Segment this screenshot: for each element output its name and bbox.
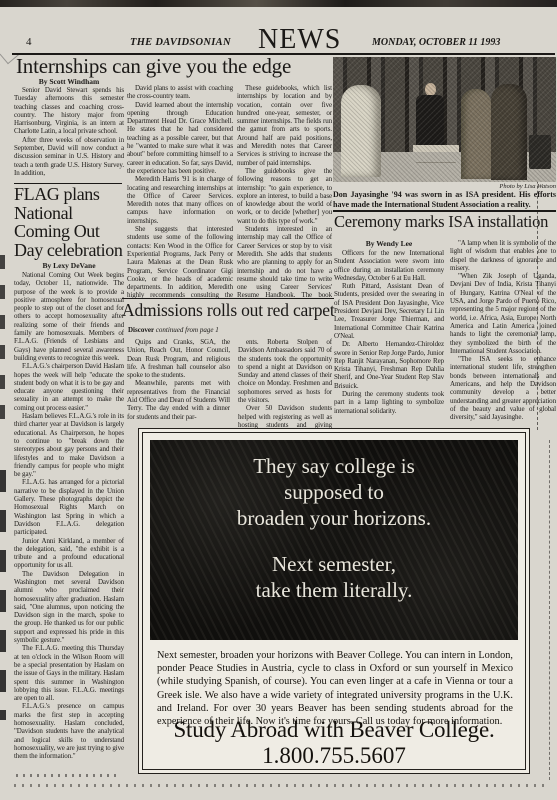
paragraph: During the ceremony students took part i… [334, 390, 444, 415]
ceremony-headline: Ceremony marks ISA installation [334, 212, 548, 232]
paragraph: After three weeks of observation in Sept… [14, 136, 124, 177]
paragraph: F.L.A.G.'s chairperson David Haslam hope… [14, 362, 124, 412]
paragraph: take them literally. [150, 577, 518, 603]
section-title: NEWS [258, 24, 341, 56]
scan-artifact-dots [16, 774, 120, 777]
ad-tagline-2: Next semester,take them literally. [150, 551, 518, 603]
admissions-rule [122, 298, 334, 299]
ad-phone-number: 1.800.755.5607 [143, 743, 525, 769]
study-abroad-ad: They say college issupposed tobroaden yo… [138, 428, 530, 774]
paragraph: Senior David Stewart spends his Tuesday … [14, 86, 124, 136]
paragraph: Next semester, [150, 551, 518, 577]
continued-note-text: continued from page 1 [154, 326, 219, 334]
paragraph: Quips and Cranks, SGA, the Union, Reach … [127, 338, 230, 379]
paragraph: "When Zik Joseph of Uganda, Devjani Dev … [450, 272, 556, 355]
flag-headline: FLAG plansNationalComing OutDay celebrat… [14, 185, 129, 259]
internships-column-3: These guidebooks, which list internships… [237, 84, 332, 298]
masthead: THE DAVIDSONIAN [130, 37, 231, 48]
paragraph: F.L.A.G.'s presence on campus marks the … [14, 702, 124, 760]
internships-column-1: Senior David Stewart spends his Tuesday … [14, 86, 124, 182]
paragraph: Meanwhile, parents met with representati… [127, 379, 230, 420]
admissions-headline: Admissions rolls out red carpet [122, 300, 335, 321]
continued-from-note: Discover continued from page 1 [128, 326, 219, 334]
paragraph: Junior Anni Kirkland, a member of the de… [14, 537, 124, 570]
ad-black-panel: They say college issupposed tobroaden yo… [150, 440, 518, 640]
paragraph: Dr. Alberto Hernandez-Chiroldez swore in… [334, 340, 444, 390]
isa-installation-photo [333, 57, 556, 182]
ad-tagline-1: They say college issupposed tobroaden yo… [150, 453, 518, 531]
paragraph: F.L.A.G. has arranged for a pictorial na… [14, 478, 124, 536]
paragraph: Ruth Pittard, Assistant Dean of Students… [334, 282, 444, 340]
paragraph: The Davidson Delegation in Washington me… [14, 570, 124, 645]
scan-artifact-left-smudge [0, 255, 5, 435]
paragraph: The F.L.A.G. meeting this Thursday at te… [14, 644, 124, 702]
paragraph: She suggests that interested students us… [127, 225, 233, 298]
paragraph: David plans to assist with coaching the … [127, 84, 233, 101]
internships-byline: By Scott Windham [14, 77, 124, 86]
paragraph: Students interested in an internship may… [237, 225, 332, 298]
scan-artifact-right-line [549, 440, 550, 780]
ad-cta: Study Abroad with Beaver College. [143, 717, 525, 743]
paragraph: Haslam believes F.L.A.G.'s role in its t… [14, 412, 124, 478]
paragraph: They say college is [150, 453, 518, 479]
paragraph: ents. Roberta Stolpen of Davidson Ambass… [238, 338, 332, 404]
photo-credit: Photo by Lisa Watson [333, 183, 556, 190]
internships-column-2: David plans to assist with coaching the … [127, 84, 233, 298]
paragraph: The guidebooks give the following reason… [237, 167, 332, 225]
scan-artifact-top-band [0, 0, 557, 7]
paragraph: "The ISA seeks to enhance international … [450, 355, 556, 421]
photo-caption: Don Jayasinghe '94 was sworn in as ISA p… [333, 190, 556, 209]
continued-series-name: Discover [128, 326, 154, 334]
ceremony-byline: By Wendy Lee [334, 239, 444, 248]
photo-grain-overlay [333, 57, 556, 182]
page-number: 4 [26, 36, 32, 48]
paragraph: National Coming Out Week begins today, O… [14, 271, 124, 362]
paragraph: broaden your horizons. [150, 505, 518, 531]
paragraph: Day celebration [14, 241, 129, 260]
scan-artifact-bottom-dots [14, 784, 550, 787]
flag-article-body: National Coming Out Week begins today, O… [14, 271, 124, 771]
paragraph: Officers for the new International Stude… [334, 249, 444, 282]
ceremony-column-2: "A lamp when lit is symbolic of the ligh… [450, 239, 556, 457]
paragraph: supposed to [150, 479, 518, 505]
flag-byline: By Lexy DeVane [14, 261, 124, 270]
ceremony-column-1: Officers for the new International Stude… [334, 249, 444, 457]
ad-inner-border: They say college issupposed tobroaden yo… [142, 432, 526, 770]
issue-date: MONDAY, OCTOBER 11 1993 [372, 37, 500, 48]
internships-headline: Internships can give you the edge [16, 54, 291, 79]
paragraph: "A lamp when lit is symbolic of the ligh… [450, 239, 556, 272]
paragraph: These guidebooks, which list internships… [237, 84, 332, 167]
paragraph: Meredith Harris '91 is in charge of loca… [127, 175, 233, 225]
paragraph: FLAG plans [14, 185, 129, 204]
paragraph: National [14, 204, 129, 223]
paragraph: Coming Out [14, 222, 129, 241]
paragraph: David learned about the internship openi… [127, 101, 233, 176]
scan-artifact-left-smudge [0, 470, 6, 720]
